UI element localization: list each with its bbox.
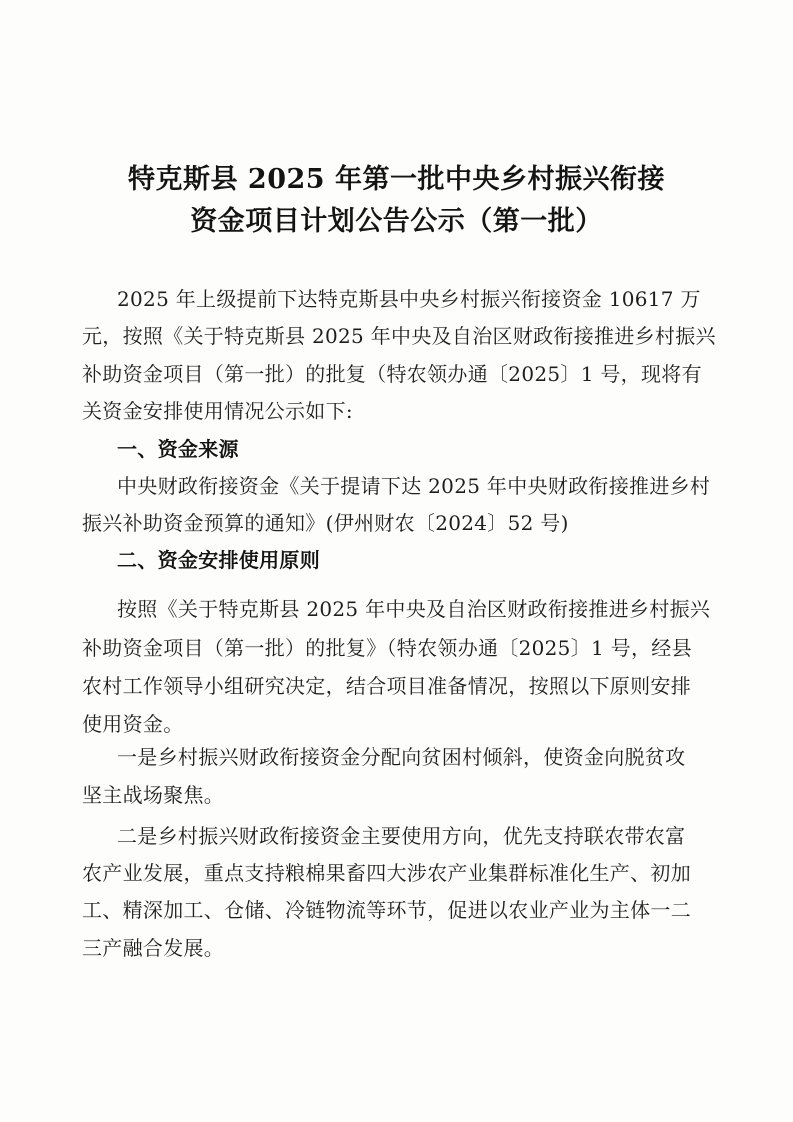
section-2-para-1-line-2: 补助资金项目（第一批）的批复》（特农领办通〔2025〕1 号，经县 [82, 632, 722, 661]
section-2-para-3-line-2: 农产业发展，重点支持粮棉果畜四大涉农产业集群标准化生产、初加 [82, 857, 722, 886]
document-title-line-1: 特克斯县 2025 年第一批中央乡村振兴衔接 [0, 157, 793, 196]
section-2-para-1-line-3: 农村工作领导小组研究决定，结合项目准备情况，按照以下原则安排 [82, 670, 722, 699]
section-2-para-2-line-2: 坚主战场聚焦。 [82, 779, 722, 808]
section-1-heading: 一、资金来源 [117, 433, 757, 462]
section-2-para-1-line-4: 使用资金。 [82, 708, 722, 737]
section-1-line-2: 振兴补助资金预算的通知》(伊州财农〔2024〕52 号) [82, 507, 722, 536]
document-page: 特克斯县 2025 年第一批中央乡村振兴衔接 资金项目计划公告公示（第一批） 2… [0, 0, 793, 1122]
section-2-para-3-line-1: 二是乡村振兴财政衔接资金主要使用方向，优先支持联农带农富 [117, 820, 757, 849]
document-title-line-2: 资金项目计划公告公示（第一批） [0, 199, 793, 238]
section-2-para-1-line-1: 按照《关于特克斯县 2025 年中央及自治区财政衔接推进乡村振兴 [117, 593, 757, 622]
intro-line-3: 补助资金项目（第一批）的批复（特农领办通〔2025〕1 号，现将有 [82, 358, 722, 387]
intro-line-4: 关资金安排使用情况公示如下: [82, 395, 722, 424]
section-2-para-2-line-1: 一是乡村振兴财政衔接资金分配向贫困村倾斜，使资金向脱贫攻 [117, 741, 757, 770]
intro-line-2: 元，按照《关于特克斯县 2025 年中央及自治区财政衔接推进乡村振兴 [82, 320, 722, 349]
intro-line-1: 2025 年上级提前下达特克斯县中央乡村振兴衔接资金 10617 万 [117, 283, 757, 312]
section-2-para-3-line-3: 工、精深加工、仓储、冷链物流等环节，促进以农业产业为主体一二 [82, 894, 722, 923]
section-2-heading: 二、资金安排使用原则 [117, 544, 757, 573]
section-2-para-3-line-4: 三产融合发展。 [82, 932, 722, 961]
section-1-line-1: 中央财政衔接资金《关于提请下达 2025 年中央财政衔接推进乡村 [117, 470, 757, 499]
